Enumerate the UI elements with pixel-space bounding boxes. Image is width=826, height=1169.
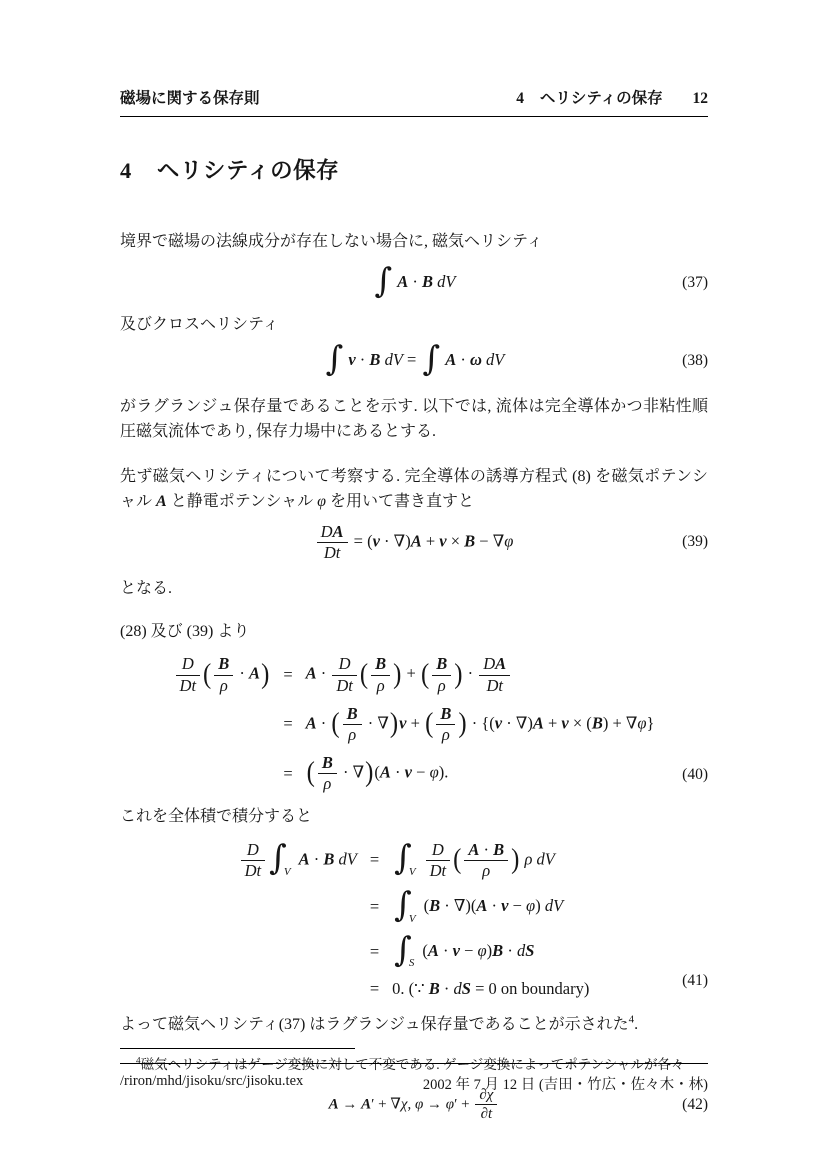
big-paren: ) <box>390 710 398 738</box>
math-run: (28) 及び (39) より <box>120 623 249 640</box>
fraction: DDt <box>176 655 201 694</box>
math-run: S <box>525 940 534 959</box>
math-run: Dt <box>336 676 353 695</box>
math-run: がラグランジュ保存量であることを示す. 以下では, 流体は完全導体かつ非粘性順圧… <box>120 398 708 440</box>
integral-glyph: ∫ <box>394 841 412 875</box>
fraction-numerator: B <box>371 655 390 675</box>
equation-39-tag: (39) <box>682 533 708 551</box>
math-run: ρ <box>348 725 356 744</box>
equals-sign: = <box>270 700 305 749</box>
math-run: A <box>397 272 408 291</box>
integral-sign: ∫ <box>375 266 393 300</box>
math-run: よって磁気ヘリシティ(37) はラグランジュ保存量であることが示された <box>120 1016 629 1033</box>
fraction: Bρ <box>371 655 390 694</box>
fraction-denominator: ρ <box>318 774 337 793</box>
equation-37-body: ∫A · B dV <box>373 260 456 306</box>
fraction-denominator: ρ <box>436 725 455 744</box>
big-paren: ) <box>454 661 462 689</box>
math-run: ρ <box>442 725 450 744</box>
math-run: v <box>373 531 380 550</box>
fraction-numerator: DA <box>479 655 510 675</box>
fraction-denominator: ρ <box>214 676 233 695</box>
math-run: v <box>348 349 355 368</box>
math-run: · <box>503 940 517 959</box>
equation-line: DDt∫VA · B dV = ∫VDDt(A · Bρ) ρ dV <box>239 836 590 885</box>
math-run: B <box>218 654 229 673</box>
math-run: d <box>517 940 525 959</box>
big-paren: ( <box>331 710 339 738</box>
fraction-denominator: Dt <box>317 543 348 562</box>
equation-37-tag: (37) <box>682 274 708 292</box>
footer-file-path: /riron/mhd/jisoku/src/jisoku.tex <box>120 1073 303 1094</box>
paragraph-conclusion: よって磁気ヘリシティ(37) はラグランジュ保存量であることが示された4. <box>120 1012 708 1037</box>
math-run: · <box>440 979 454 998</box>
equation-rhs: 0. (∵ B · dS = 0 on boundary) <box>392 974 589 1004</box>
math-run: × ( <box>569 713 592 732</box>
fraction-numerator: D <box>426 841 451 861</box>
math-run: · ∇) <box>380 531 411 550</box>
math-run: B <box>422 272 433 291</box>
math-run: D <box>483 654 495 673</box>
big-paren: ( <box>421 661 429 689</box>
math-run: ). <box>439 762 449 781</box>
math-run: B <box>493 840 504 859</box>
equation-40: DDt(Bρ · A) = A · DDt(Bρ) + (Bρ) · DADt … <box>120 650 708 798</box>
equation-41-tag: (41) <box>682 972 708 990</box>
math-run: A <box>468 840 479 859</box>
equals-sign: = <box>357 836 392 885</box>
math-run: φ <box>317 493 326 510</box>
big-paren: ) <box>261 661 269 689</box>
math-run: ) + ∇ <box>603 713 638 732</box>
paragraph-tonaru: となる. <box>120 576 708 601</box>
fraction: Bρ <box>436 705 455 744</box>
math-run: 境界で磁場の法線成分が存在しない場合に, 磁気ヘリシティ <box>120 233 543 250</box>
math-run: A <box>380 762 391 781</box>
equation-lhs: DDt(Bρ · A) <box>174 650 271 699</box>
paragraph-from-28-39: (28) 及び (39) より <box>120 619 708 644</box>
equation-38: ∫v · B dV = ∫A · ω dV (38) <box>120 338 708 384</box>
math-run: · <box>235 664 249 683</box>
math-run: ρ dV <box>520 849 555 868</box>
math-run: → <box>339 1096 362 1112</box>
fraction: DADt <box>317 523 348 562</box>
fraction-numerator: D <box>176 655 201 675</box>
equation-line: = (Bρ · ∇)(A · v − φ). <box>174 749 655 798</box>
math-run: B <box>592 713 603 732</box>
fraction-denominator: Dt <box>479 676 510 695</box>
equation-41: DDt∫VA · B dV = ∫VDDt(A · Bρ) ρ dV = ∫V(… <box>120 836 708 1005</box>
math-run: A <box>306 664 317 683</box>
equation-38-tag: (38) <box>682 352 708 370</box>
fraction-denominator: ∂t <box>475 1105 497 1123</box>
equation-41-lines: DDt∫VA · B dV = ∫VDDt(A · Bρ) ρ dV = ∫V(… <box>239 836 590 1005</box>
math-run: D <box>432 840 444 859</box>
math-run: , <box>407 1096 415 1112</box>
integral-sign: ∫ <box>422 344 440 378</box>
math-run: → <box>423 1096 446 1112</box>
fraction-denominator: ρ <box>343 725 362 744</box>
big-paren: ( <box>425 710 433 738</box>
math-run: A <box>306 713 317 732</box>
fraction-numerator: D <box>241 841 266 861</box>
math-run: v <box>405 762 412 781</box>
math-run: となる. <box>120 580 172 597</box>
integral-sign: ∫S <box>394 935 417 970</box>
fraction: DDt <box>332 655 357 694</box>
equation-40-tag: (40) <box>682 766 708 784</box>
math-run: = ( <box>350 531 373 550</box>
math-run: A <box>476 896 487 915</box>
math-run: A <box>495 654 506 673</box>
math-run: Dt <box>324 543 341 562</box>
fraction-numerator: B <box>436 705 455 725</box>
big-paren: ( <box>360 661 368 689</box>
math-run: B <box>347 704 358 723</box>
math-run: = 0 on boundary) <box>471 979 589 998</box>
equation-39-body: DADt = (v · ∇)A + v × B − ∇φ <box>315 517 514 568</box>
math-run: · <box>456 349 470 368</box>
math-run: B <box>440 704 451 723</box>
math-run: と静電ポテンシャル <box>167 493 317 510</box>
math-run: φ <box>430 762 439 781</box>
equation-line: DDt(Bρ · A) = A · DDt(Bρ) + (Bρ) · DADt <box>174 650 655 699</box>
page-content: 磁場に関する保存則 4 ヘリシティの保存 12 4 ヘリシティの保存 境界で磁場… <box>120 86 708 1129</box>
paragraph-integrate-volume: これを全体積で積分すると <box>120 804 708 829</box>
equation-lhs <box>239 885 357 930</box>
big-paren: ) <box>511 846 519 874</box>
fraction: Bρ <box>343 705 362 744</box>
fraction: A · Bρ <box>464 841 508 880</box>
math-run: dV <box>334 849 356 868</box>
math-run: B <box>492 940 503 959</box>
math-run: + <box>402 664 420 683</box>
math-run: dV <box>380 349 402 368</box>
section-number: 4 <box>120 158 132 183</box>
math-run: φ <box>637 713 646 732</box>
equation-rhs: A · (Bρ · ∇)v + (Bρ) · {(v · ∇)A + v × (… <box>306 700 655 749</box>
math-run: D <box>321 522 333 541</box>
equation-rhs: ∫S(A · v − φ)B · dS <box>392 930 589 975</box>
big-paren: ) <box>393 661 401 689</box>
math-run: 0. (∵ <box>392 979 429 998</box>
math-run: · ∇ <box>364 713 389 732</box>
equals-sign: = <box>357 930 392 975</box>
equation-37: ∫A · B dV (37) <box>120 260 708 306</box>
math-run: − <box>508 896 526 915</box>
math-run: B <box>375 654 386 673</box>
math-run: A <box>533 713 544 732</box>
equation-lhs <box>174 749 271 798</box>
math-run: 及びクロスヘリシティ <box>120 316 279 333</box>
math-run: v <box>399 713 406 732</box>
math-run: ′ + ∇ <box>371 1096 401 1112</box>
math-run: d <box>454 979 462 998</box>
math-run: ρ <box>482 861 490 880</box>
math-run: − <box>412 762 430 781</box>
math-run: B <box>464 531 475 550</box>
math-run: + <box>544 713 562 732</box>
math-run: ρ <box>323 774 331 793</box>
math-run: B <box>429 979 440 998</box>
fraction-denominator: Dt <box>241 861 266 880</box>
math-run: Dt <box>245 861 262 880</box>
math-run: · <box>317 713 331 732</box>
math-run: B <box>369 349 380 368</box>
math-run: − ∇ <box>475 531 504 550</box>
fraction-numerator: B <box>214 655 233 675</box>
fraction-denominator: ρ <box>464 861 508 880</box>
math-run: A <box>329 1096 339 1112</box>
math-run: · <box>310 849 324 868</box>
math-run: A <box>299 849 310 868</box>
equation-lhs <box>239 930 357 975</box>
paragraph-boundary-condition: 境界で磁場の法線成分が存在しない場合に, 磁気ヘリシティ <box>120 229 708 254</box>
equals-sign: = <box>357 885 392 930</box>
math-run: · ∇ <box>339 762 364 781</box>
header-document-title: 磁場に関する保存則 <box>120 86 260 108</box>
math-run: ρ <box>377 676 385 695</box>
math-run: · <box>391 762 405 781</box>
equals-sign: = <box>270 749 305 798</box>
big-paren: ( <box>307 759 315 787</box>
fraction-denominator: ρ <box>432 676 451 695</box>
math-run: A <box>411 531 422 550</box>
fraction: Bρ <box>432 655 451 694</box>
math-run: . <box>634 1016 638 1033</box>
integral-glyph: ∫ <box>422 342 440 376</box>
equation-line: = ∫V(B · ∇)(A · v − φ) dV <box>239 885 590 930</box>
fraction: DDt <box>426 841 451 880</box>
math-run: dV <box>482 349 504 368</box>
header-section-title: ヘリシティの保存 <box>540 90 663 107</box>
equation-rhs: A · DDt(Bρ) + (Bρ) · DADt <box>306 650 655 699</box>
fraction: DADt <box>479 655 510 694</box>
math-run: · <box>463 664 477 683</box>
math-run: B <box>323 849 334 868</box>
header-section: 4 ヘリシティの保存 12 <box>516 86 708 108</box>
integral-glyph: ∫ <box>326 342 344 376</box>
header-page-number: 12 <box>693 90 709 107</box>
fraction-numerator: D <box>332 655 357 675</box>
math-run: · <box>356 349 370 368</box>
equation-lhs <box>174 700 271 749</box>
math-run: ω <box>470 349 482 368</box>
math-run: B <box>429 896 440 915</box>
math-run: ′ + <box>454 1096 473 1112</box>
integral-sign: ∫V <box>394 890 418 925</box>
equals-sign: = <box>270 650 305 699</box>
page-footer: /riron/mhd/jisoku/src/jisoku.tex 2002 年 … <box>120 1063 708 1094</box>
math-run: A <box>249 664 260 683</box>
math-run: · <box>408 272 422 291</box>
math-run: φ <box>526 896 535 915</box>
fraction: DDt <box>241 841 266 880</box>
document-page: 磁場に関する保存則 4 ヘリシティの保存 12 4 ヘリシティの保存 境界で磁場… <box>0 0 826 1169</box>
math-run: B <box>322 753 333 772</box>
math-run: A <box>445 349 456 368</box>
fraction-numerator: B <box>343 705 362 725</box>
math-run: B <box>436 654 447 673</box>
math-run: v <box>453 940 460 959</box>
fraction: Bρ <box>318 754 337 793</box>
big-paren: ( <box>203 661 211 689</box>
math-run: + <box>422 531 440 550</box>
math-run: = <box>403 349 421 368</box>
math-run: · <box>479 840 493 859</box>
paragraph-induction-rewrite: 先ず磁気ヘリシティについて考察する. 完全導体の誘導方程式 (8) を磁気ポテン… <box>120 464 708 515</box>
equation-line: = ∫S(A · v − φ)B · dS <box>239 930 590 975</box>
math-run: dV <box>433 272 455 291</box>
math-run: ∂ <box>481 1106 488 1122</box>
math-run: φ <box>478 940 487 959</box>
math-run: D <box>182 654 194 673</box>
section-title-text: ヘリシティの保存 <box>157 158 339 183</box>
math-run: − <box>460 940 478 959</box>
math-run: · ∇)( <box>440 896 476 915</box>
equation-line: = A · (Bρ · ∇)v + (Bρ) · {(v · ∇)A + v ×… <box>174 700 655 749</box>
integral-glyph: ∫ <box>269 841 287 875</box>
math-run: dV <box>545 896 563 915</box>
equation-rhs: (Bρ · ∇)(A · v − φ). <box>306 749 655 798</box>
equation-rhs: ∫V(B · ∇)(A · v − φ) dV <box>392 885 589 930</box>
fraction-numerator: DA <box>317 523 348 543</box>
math-run: t <box>488 1106 492 1122</box>
integral-glyph: ∫ <box>394 933 412 967</box>
big-paren: ) <box>365 759 373 787</box>
math-run: · {( <box>468 713 495 732</box>
paragraph-cross-helicity: 及びクロスヘリシティ <box>120 312 708 337</box>
header-section-number: 4 <box>516 90 524 107</box>
fraction-numerator: B <box>432 655 451 675</box>
math-run: ρ <box>438 676 446 695</box>
fraction: Bρ <box>214 655 233 694</box>
equation-rhs: ∫VDDt(A · Bρ) ρ dV <box>392 836 589 885</box>
math-run: A <box>156 493 167 510</box>
math-run: を用いて書き直すと <box>326 493 474 510</box>
math-run: v <box>561 713 568 732</box>
math-run: S <box>462 979 471 998</box>
math-run: A <box>333 522 344 541</box>
integral-sign: ∫V <box>269 843 293 878</box>
fraction-denominator: Dt <box>176 676 201 695</box>
math-run: ρ <box>220 676 228 695</box>
footnote-rule <box>120 1048 355 1049</box>
math-run: + <box>407 713 425 732</box>
equation-42-tag: (42) <box>682 1096 708 1114</box>
section-heading: 4 ヘリシティの保存 <box>120 153 708 185</box>
big-paren: ) <box>458 710 466 738</box>
fraction-denominator: Dt <box>426 861 451 880</box>
math-run: A <box>428 940 439 959</box>
integral-glyph: ∫ <box>375 264 393 298</box>
math-run: A <box>361 1096 371 1112</box>
fraction-denominator: Dt <box>332 676 357 695</box>
math-run: } <box>647 713 655 732</box>
math-run: × <box>447 531 465 550</box>
math-run: φ <box>446 1096 454 1112</box>
math-run: D <box>247 840 259 859</box>
math-run: v <box>439 531 446 550</box>
math-run: v <box>495 713 502 732</box>
math-run: Dt <box>430 861 447 880</box>
math-run: D <box>339 654 351 673</box>
math-run: · <box>317 664 331 683</box>
math-run: Dt <box>486 676 503 695</box>
paragraph-lagrangian-claim: がラグランジュ保存量であることを示す. 以下では, 流体は完全導体かつ非粘性順圧… <box>120 394 708 445</box>
equation-line: = 0. (∵ B · dS = 0 on boundary) <box>239 974 590 1004</box>
equation-39: DADt = (v · ∇)A + v × B − ∇φ (39) <box>120 517 708 568</box>
integral-sign: ∫V <box>394 843 418 878</box>
math-run: · <box>487 896 501 915</box>
equation-38-body: ∫v · B dV = ∫A · ω dV <box>324 338 505 384</box>
fraction-numerator: B <box>318 754 337 774</box>
math-run: Dt <box>180 676 197 695</box>
running-header: 磁場に関する保存則 4 ヘリシティの保存 12 <box>120 86 708 117</box>
math-run: φ <box>504 531 513 550</box>
math-run: これを全体積で積分すると <box>120 808 312 825</box>
footer-date-authors: 2002 年 7 月 12 日 (吉田・竹広・佐々木・林) <box>423 1073 708 1094</box>
equation-lhs: DDt∫VA · B dV <box>239 836 357 885</box>
math-run: · <box>439 940 453 959</box>
math-run: · ∇) <box>502 713 533 732</box>
integral-glyph: ∫ <box>394 888 412 922</box>
fraction-numerator: A · B <box>464 841 508 861</box>
equation-40-lines: DDt(Bρ · A) = A · DDt(Bρ) + (Bρ) · DADt … <box>174 650 655 798</box>
big-paren: ( <box>453 846 461 874</box>
fraction-denominator: ρ <box>371 676 390 695</box>
equation-lhs <box>239 974 357 1004</box>
equals-sign: = <box>357 974 392 1004</box>
math-run: ) <box>535 896 545 915</box>
integral-sign: ∫ <box>326 344 344 378</box>
